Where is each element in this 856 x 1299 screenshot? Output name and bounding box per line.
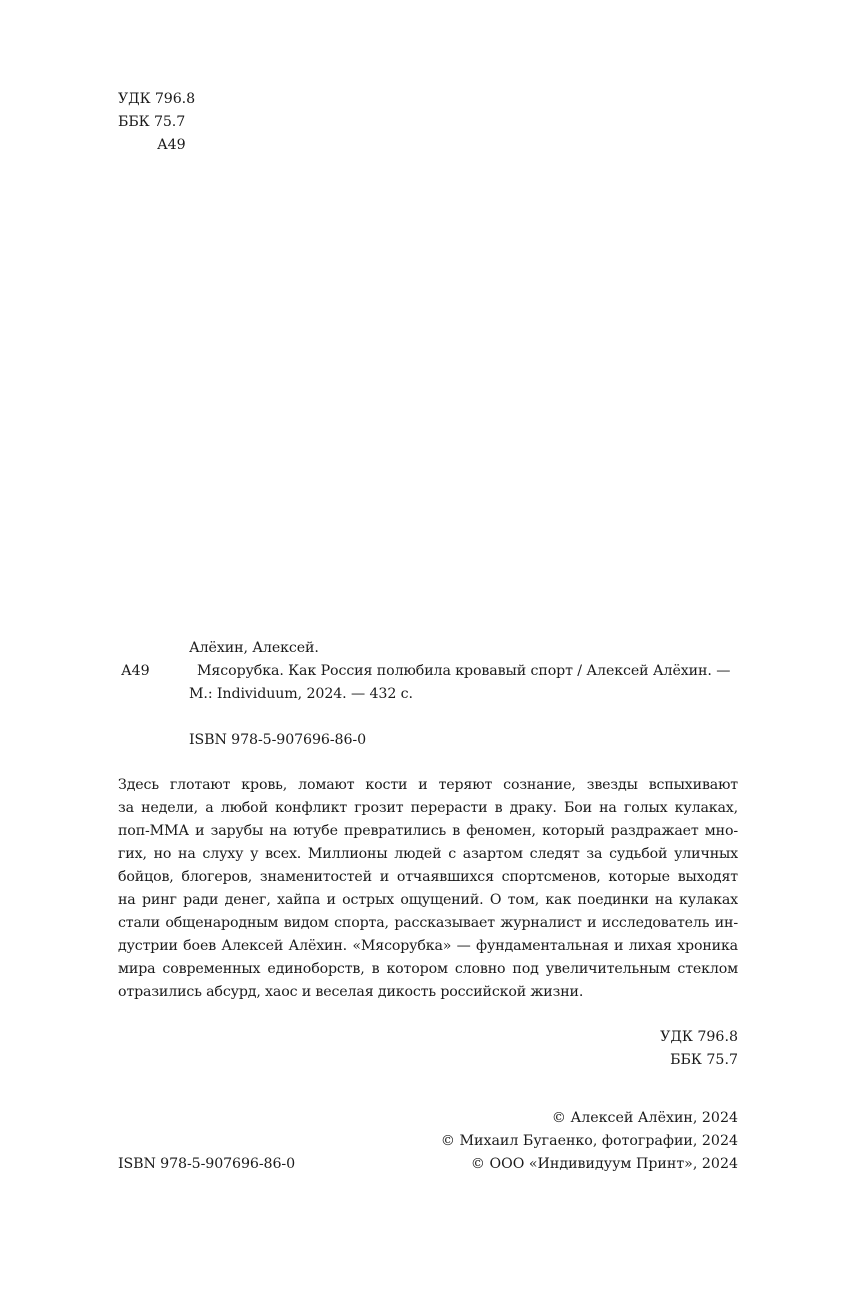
bbk-code-top: ББК 75.7 [118, 111, 185, 134]
copyright-notices: © Алексей Алёхин, 2024 © Михаил Бугаенко… [441, 1107, 738, 1176]
copyright-author: © Алексей Алёхин, 2024 [441, 1107, 738, 1130]
bibliographic-isbn: ISBN 978-5-907696-86-0 [189, 729, 366, 752]
udk-code-bottom: УДК 796.8 [660, 1026, 738, 1049]
copyright-photos: © Михаил Бугаенко, фотографии, 2024 [441, 1130, 738, 1153]
bibliographic-title: Мясорубка. Как Россия полюбила кровавый … [197, 660, 730, 683]
annotation-line: отразились абсурд, хаос и веселая дикост… [118, 981, 738, 1004]
author-mark-top: А49 [157, 134, 186, 157]
annotation-line: бойцов, блогеров, знаменитостей и отчаяв… [118, 866, 738, 889]
bibliographic-author: Алёхин, Алексей. [189, 637, 319, 660]
book-annotation: Здесь глотают кровь, ломают кости и теря… [118, 774, 738, 1004]
annotation-line: Здесь глотают кровь, ломают кости и теря… [118, 774, 738, 797]
udk-code-top: УДК 796.8 [118, 88, 195, 111]
annotation-line: дустрии боев Алексей Алёхин. «Мясорубка»… [118, 935, 738, 958]
annotation-line: на ринг ради денег, хайпа и острых ощуще… [118, 889, 738, 912]
annotation-line: за недели, а любой конфликт грозит перер… [118, 797, 738, 820]
classification-bottom: УДК 796.8 ББК 75.7 [660, 1026, 738, 1072]
bibliographic-author-mark: А49 [121, 660, 150, 683]
annotation-line: поп-ММА и зарубы на ютубе превратились в… [118, 820, 738, 843]
copyright-publisher: © ООО «Индивидуум Принт», 2024 [441, 1153, 738, 1176]
annotation-line: гих, но на слуху у всех. Миллионы людей … [118, 843, 738, 866]
imprint-page: УДК 796.8 ББК 75.7 А49 Алёхин, Алексей. … [0, 0, 856, 1299]
annotation-line: мира современных единоборств, в котором … [118, 958, 738, 981]
isbn-bottom: ISBN 978-5-907696-86-0 [118, 1153, 295, 1176]
annotation-line: стали общенародным видом спорта, рассказ… [118, 912, 738, 935]
bibliographic-publication: М.: Individuum, 2024. — 432 с. [189, 683, 413, 706]
bbk-code-bottom: ББК 75.7 [660, 1049, 738, 1072]
